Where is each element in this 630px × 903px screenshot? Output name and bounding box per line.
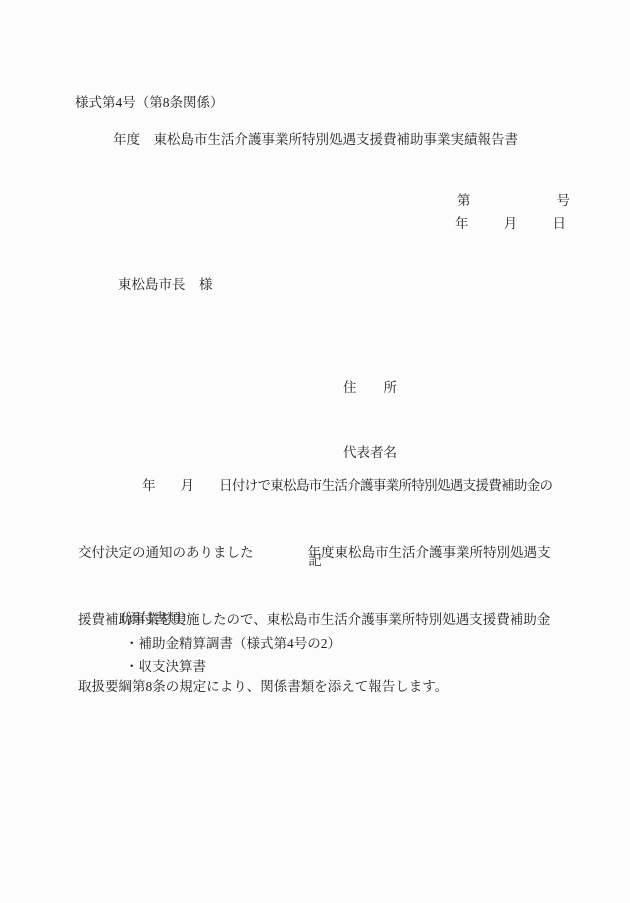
ki-marker: 記	[0, 552, 630, 570]
attachment-item: ・収支決算書	[125, 658, 206, 676]
attachments-heading: （添付書類）	[113, 610, 194, 628]
attachment-item: ・補助金精算調書（様式第4号の2）	[125, 635, 341, 653]
date-month-label: 月	[504, 215, 518, 233]
document-page: 様式第4号（第8条関係） 年度 東松島市生活介護事業所特別処遇支援費補助事業実績…	[0, 0, 630, 903]
date-day-label: 日	[553, 215, 567, 233]
form-number: 様式第4号（第8条関係）	[75, 94, 224, 112]
body-line: 年 月 日付けで東松島市生活介護事業所特別処遇支援費補助金の	[78, 475, 583, 497]
body-line: 取扱要綱第8条の規定により、関係書類を添えて報告します。	[78, 676, 583, 698]
doc-number-prefix: 第	[457, 192, 471, 210]
doc-number-suffix: 号	[557, 192, 571, 210]
date-year-label: 年	[455, 215, 469, 233]
document-title: 年度 東松島市生活介護事業所特別処遇支援費補助事業実績報告書	[113, 131, 518, 149]
addressee: 東松島市長 様	[118, 276, 213, 294]
date-line: 年 月 日	[455, 215, 566, 233]
body-paragraph: 年 月 日付けで東松島市生活介護事業所特別処遇支援費補助金の 交付決定の通知のあ…	[78, 430, 583, 744]
sender-address-label: 住 所	[343, 377, 397, 399]
document-number-line: 第 号	[457, 192, 570, 210]
